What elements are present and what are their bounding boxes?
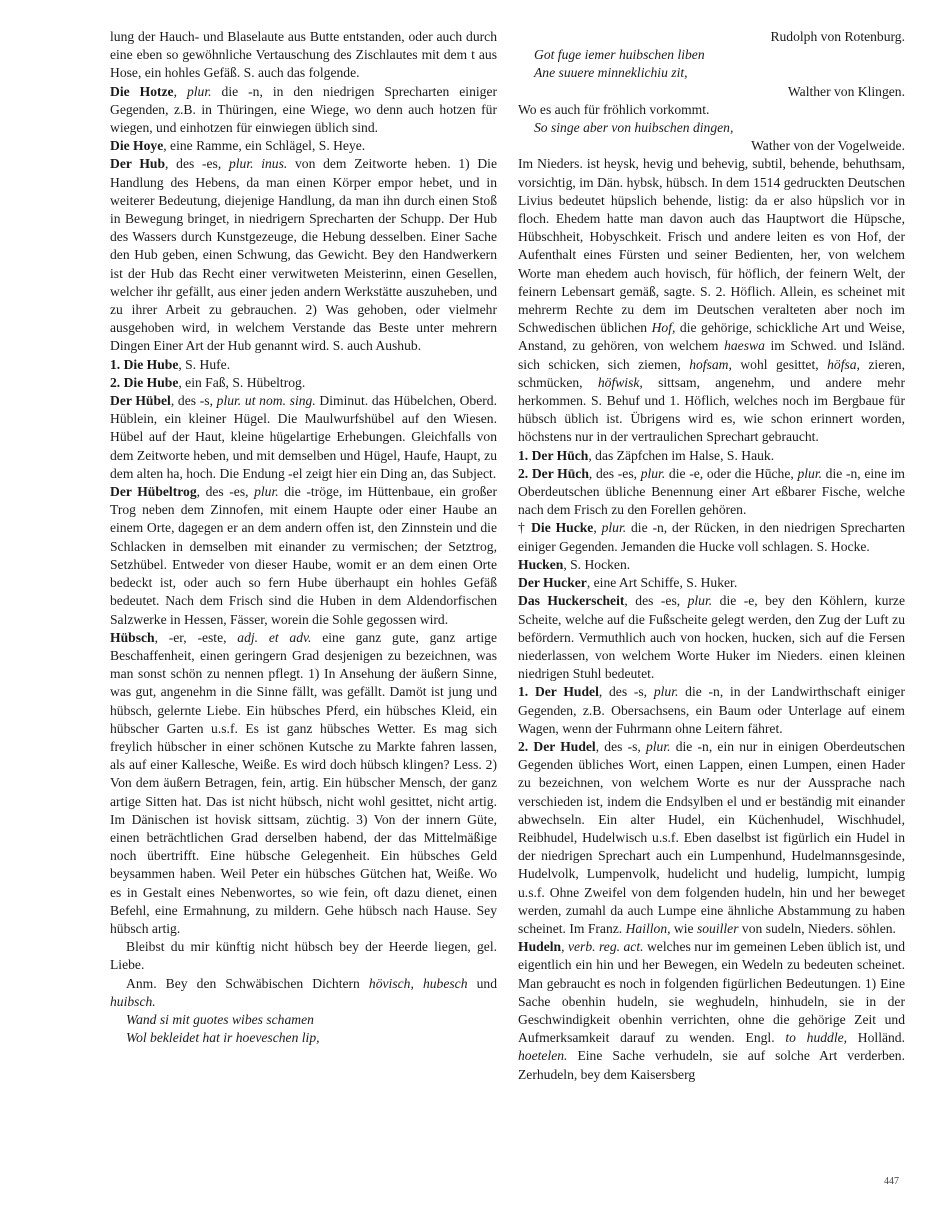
- body-text: , ein Faß, S. Hübeltrog.: [178, 375, 305, 390]
- italic-text: verb. reg. act.: [568, 939, 644, 954]
- body-text: die -n, ein nur in einigen Oberdeutschen…: [518, 739, 905, 936]
- body-text: Wand si mit guotes wibes schamen: [126, 1012, 314, 1027]
- body-text: Wol bekleidet hat ir hoeveschen lip,: [126, 1030, 320, 1045]
- italic-text: plur.: [797, 466, 822, 481]
- paragraph: Wo es auch für fröhlich vorkommt.: [518, 101, 905, 119]
- headword: Hudeln: [518, 939, 561, 954]
- italic-text: plur.: [646, 739, 671, 754]
- dictionary-entry: Das Huckerscheit, des -es, plur. die -e,…: [518, 592, 905, 683]
- body-text: Anm. Bey den Schwäbischen Dichtern: [126, 976, 369, 991]
- attribution: Rudolph von Rotenburg.: [518, 28, 905, 46]
- body-text: ,: [174, 84, 187, 99]
- body-text: wie: [671, 921, 697, 936]
- indented-paragraph: Bleibst du mir künftig nicht hübsch bey …: [110, 938, 497, 974]
- italic-text: haeswa: [724, 338, 765, 353]
- italic-text: plur.: [254, 484, 279, 499]
- headword: Die Hotze: [110, 84, 174, 99]
- body-text: lung der Hauch- und Blaselaute aus Butte…: [110, 29, 497, 80]
- body-text: die -tröge, im Hüttenbaue, ein großer Tr…: [110, 484, 497, 626]
- verse-line: Wol bekleidet hat ir hoeveschen lip,: [110, 1029, 497, 1047]
- body-text: Wo es auch für fröhlich vorkommt.: [518, 102, 709, 117]
- dictionary-entry: Der Hucker, eine Art Schiffe, S. Huker.: [518, 574, 905, 592]
- attribution: Wather von der Vogelweide.: [518, 137, 905, 155]
- italic-text: plur.: [641, 466, 666, 481]
- dictionary-entry: Hübsch, -er, -este, adj. et adv. eine ga…: [110, 629, 497, 938]
- body-text: , eine Art Schiffe, S. Huker.: [587, 575, 737, 590]
- body-text: wohl gesittet,: [732, 357, 827, 372]
- body-text: Ane suuere minneklichiu zit,: [534, 65, 688, 80]
- headword: Der Hübeltrog: [110, 484, 197, 499]
- italic-text: huibsch.: [110, 994, 156, 1009]
- body-text: Wather von der Vogelweide.: [751, 138, 905, 153]
- dictionary-entry: Die Hoye, eine Ramme, ein Schlägel, S. H…: [110, 137, 497, 155]
- headword: Die Hucke: [531, 520, 593, 535]
- italic-text: to huddle,: [785, 1030, 847, 1045]
- body-text: Walther von Klingen.: [788, 84, 905, 99]
- dictionary-entry: 1. Der Hudel, des -s, plur. die -n, in d…: [518, 683, 905, 738]
- body-text: , des -es,: [165, 156, 229, 171]
- headword: 1. Der Hudel: [518, 684, 599, 699]
- body-text: , des -s,: [599, 684, 654, 699]
- paragraph: lung der Hauch- und Blaselaute aus Butte…: [110, 28, 497, 83]
- headword: 2. Der Hūch: [518, 466, 589, 481]
- dictionary-entry: 2. Die Hube, ein Faß, S. Hübeltrog.: [110, 374, 497, 392]
- italic-text: plur.: [688, 593, 713, 608]
- body-text: , S. Hufe.: [178, 357, 230, 372]
- body-text: , des -s,: [596, 739, 646, 754]
- body-text: und: [468, 976, 498, 991]
- verse-line: Wand si mit guotes wibes schamen: [110, 1011, 497, 1029]
- dictionary-entry: 1. Die Hube, S. Hufe.: [110, 356, 497, 374]
- body-text: , des -es,: [197, 484, 254, 499]
- body-text: Holländ.: [847, 1030, 905, 1045]
- headword: Das Huckerscheit: [518, 593, 624, 608]
- headword: Hübsch: [110, 630, 155, 645]
- dictionary-entry: Der Hub, des -es, plur. inus. von dem Ze…: [110, 155, 497, 355]
- body-text: , -er, -este,: [155, 630, 238, 645]
- indented-paragraph: Anm. Bey den Schwäbischen Dichtern hövis…: [110, 975, 497, 1011]
- body-text: Rudolph von Rotenburg.: [770, 29, 905, 44]
- dictionary-entry: Der Hübeltrog, des -es, plur. die -tröge…: [110, 483, 497, 629]
- dictionary-entry: Hucken, S. Hocken.: [518, 556, 905, 574]
- italic-text: Haillon,: [626, 921, 671, 936]
- headword: Hucken: [518, 557, 563, 572]
- verse-line: Ane suuere minneklichiu zit,: [518, 64, 905, 82]
- italic-text: plur.: [602, 520, 627, 535]
- italic-text: plur.: [187, 84, 212, 99]
- body-text: von dem Zeitworte heben. 1) Die Handlung…: [110, 156, 497, 353]
- body-text: , des -es,: [589, 466, 641, 481]
- paragraph: Im Nieders. ist heysk, hevig und behevig…: [518, 155, 905, 446]
- body-text: , eine Ramme, ein Schlägel, S. Heye.: [163, 138, 365, 153]
- italic-text: plur. ut nom. sing.: [217, 393, 316, 408]
- dictionary-entry: † Die Hucke, plur. die -n, der Rücken, i…: [518, 519, 905, 555]
- headword: Der Hübel: [110, 393, 171, 408]
- headword: 1. Der Hūch: [518, 448, 588, 463]
- body-text: ,: [561, 939, 568, 954]
- headword: 2. Die Hube: [110, 375, 178, 390]
- dictionary-entry: Hudeln, verb. reg. act. welches nur im g…: [518, 938, 905, 1084]
- page-number: 447: [884, 1176, 899, 1187]
- body-text: die -e, oder die Hūche,: [665, 466, 797, 481]
- italic-text: plur.: [654, 684, 679, 699]
- italic-text: hofsam,: [689, 357, 732, 372]
- headword: Die Hoye: [110, 138, 163, 153]
- dictionary-entry: Der Hübel, des -s, plur. ut nom. sing. D…: [110, 392, 497, 483]
- body-text: Im Nieders. ist heysk, hevig und behevig…: [518, 156, 905, 335]
- body-text: von sudeln, Nieders. söhlen.: [739, 921, 896, 936]
- body-text: , des -s,: [171, 393, 217, 408]
- headword: 1. Die Hube: [110, 357, 178, 372]
- body-text: Eine Sache verhudeln, sie auf solche Art…: [518, 1048, 905, 1081]
- italic-text: höfsa,: [827, 357, 860, 372]
- italic-text: plur. inus.: [229, 156, 287, 171]
- verse-line: Got fuge iemer huibschen liben: [518, 46, 905, 64]
- body-text: , des -es,: [624, 593, 687, 608]
- italic-text: souiller: [697, 921, 739, 936]
- dictionary-entry: 2. Der Hūch, des -es, plur. die -e, oder…: [518, 465, 905, 520]
- body-text: , S. Hocken.: [563, 557, 630, 572]
- right-column: Rudolph von Rotenburg.Got fuge iemer hui…: [518, 28, 905, 1084]
- body-text: Got fuge iemer huibschen liben: [534, 47, 705, 62]
- body-text: So singe aber von huibschen dingen,: [534, 120, 733, 135]
- headword: Der Hucker: [518, 575, 587, 590]
- italic-text: höfwisk,: [598, 375, 643, 390]
- verse-line: So singe aber von huibschen dingen,: [518, 119, 905, 137]
- body-text: Bleibst du mir künftig nicht hübsch bey …: [110, 939, 497, 972]
- dictionary-entry: 1. Der Hūch, das Zäpfchen im Halse, S. H…: [518, 447, 905, 465]
- italic-text: hoetelen.: [518, 1048, 567, 1063]
- dictionary-entry: 2. Der Hudel, des -s, plur. die -n, ein …: [518, 738, 905, 938]
- italic-text: adj. et adv.: [237, 630, 311, 645]
- left-column: lung der Hauch- und Blaselaute aus Butte…: [110, 28, 497, 1047]
- dictionary-entry: Die Hotze, plur. die -n, in den niedrige…: [110, 83, 497, 138]
- body-text: †: [518, 520, 531, 535]
- attribution: Walther von Klingen.: [518, 83, 905, 101]
- body-text: eine ganz gute, ganz artige Beschaffenhe…: [110, 630, 497, 936]
- body-text: , das Zäpfchen im Halse, S. Hauk.: [588, 448, 774, 463]
- italic-text: Hof,: [652, 320, 676, 335]
- body-text: ,: [593, 520, 601, 535]
- headword: Der Hub: [110, 156, 165, 171]
- italic-text: hövisch, hubesch: [369, 976, 468, 991]
- headword: 2. Der Hudel: [518, 739, 596, 754]
